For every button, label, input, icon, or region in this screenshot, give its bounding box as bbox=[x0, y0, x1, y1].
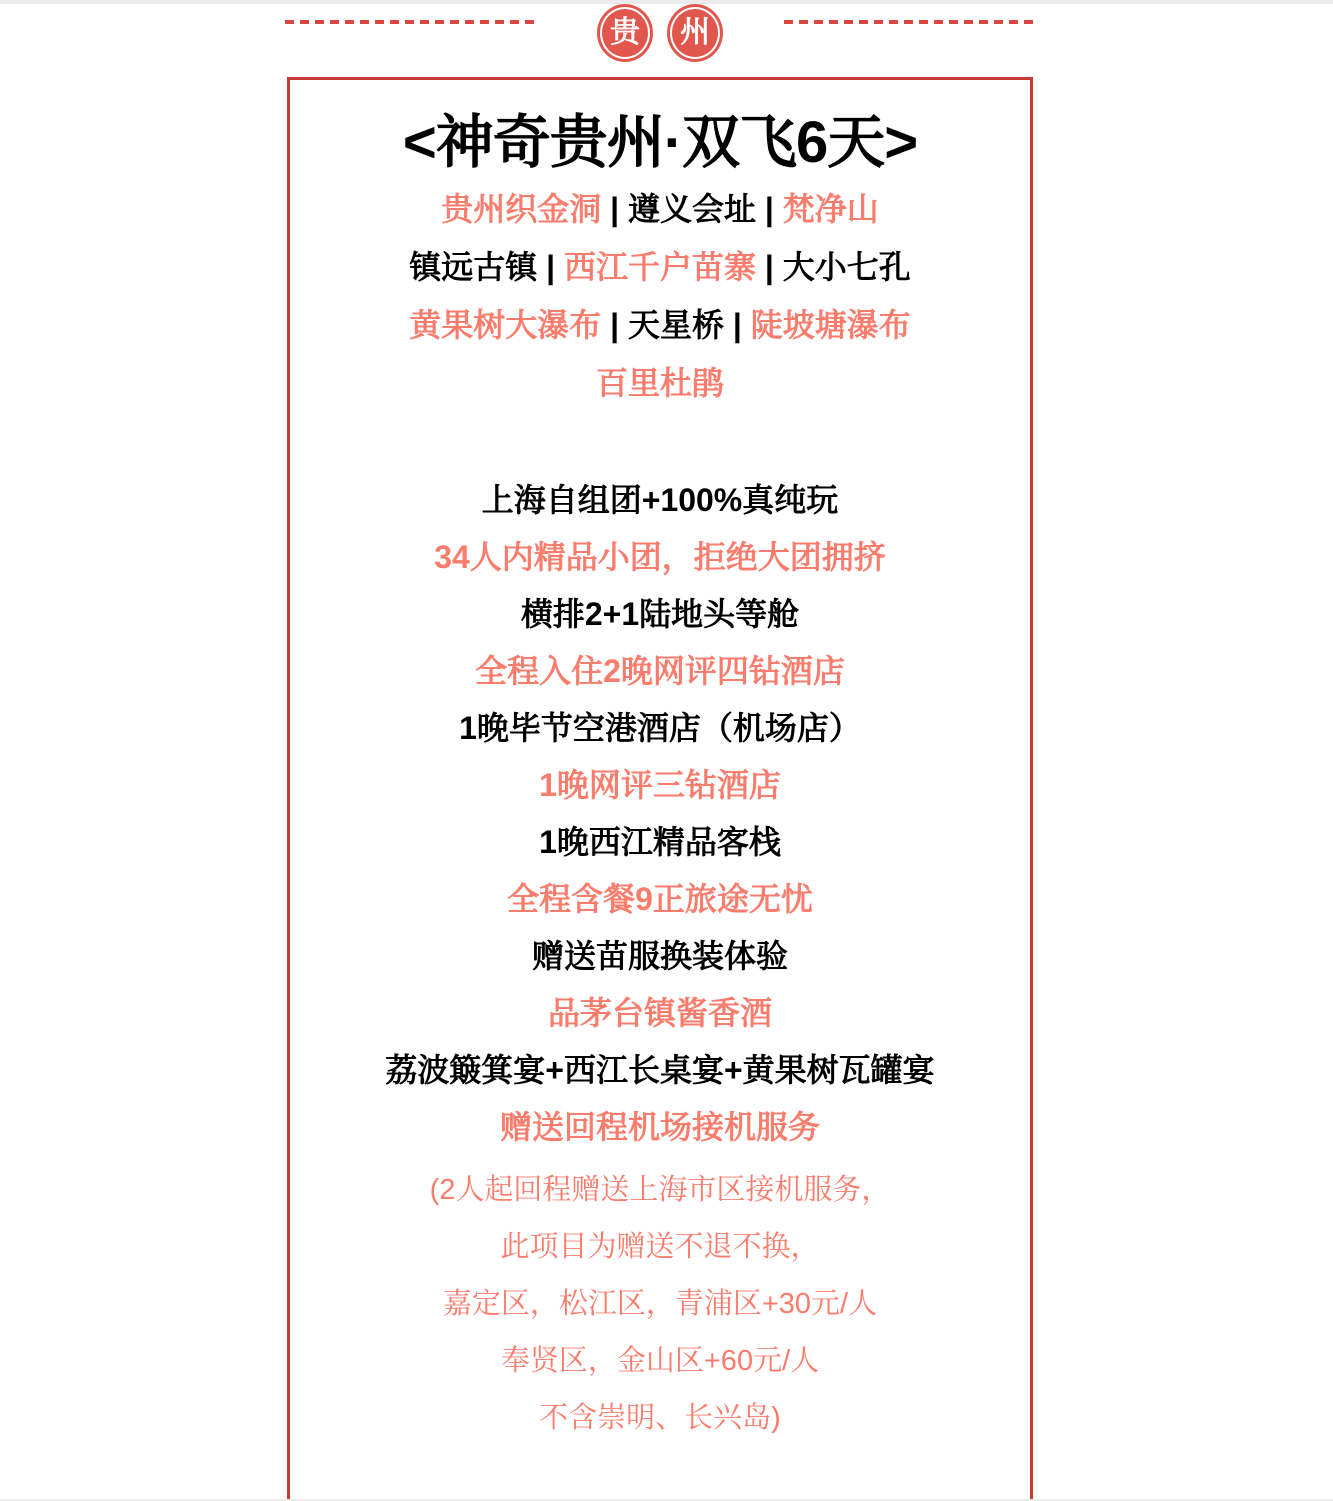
feature-line: 全程含餐9正旅途无忧 bbox=[290, 871, 1030, 928]
highlight-segment: 镇远古镇 bbox=[409, 249, 537, 285]
header: 贵州 bbox=[287, 0, 1033, 72]
highlight-segment: 西江千户苗寨 bbox=[564, 249, 756, 285]
highlight-line: 黄果树大瀑布 | 天星桥 | 陡坡塘瀑布 bbox=[290, 296, 1030, 354]
right-dash-divider bbox=[784, 20, 1037, 24]
feature-line: 1晚毕节空港酒店（机场店） bbox=[290, 700, 1030, 757]
left-dash-divider bbox=[285, 20, 538, 24]
note-line: 不含崇明、长兴岛) bbox=[290, 1390, 1030, 1447]
highlight-segment: | bbox=[601, 307, 628, 343]
note-line: 嘉定区，松江区，青浦区+30元/人 bbox=[290, 1276, 1030, 1333]
destination-highlights: 贵州织金洞 | 遵义会址 | 梵净山镇远古镇 | 西江千户苗寨 | 大小七孔黄果… bbox=[290, 180, 1030, 412]
page-title: <神奇贵州·双飞6天> bbox=[290, 108, 1030, 178]
highlight-segment: | bbox=[756, 191, 783, 227]
badge-circle: 贵 bbox=[597, 4, 653, 62]
highlight-line: 镇远古镇 | 西江千户苗寨 | 大小七孔 bbox=[290, 238, 1030, 296]
highlight-segment: 陡坡塘瀑布 bbox=[751, 307, 911, 343]
note-line: (2人起回程赠送上海市区接机服务， bbox=[290, 1162, 1030, 1219]
highlight-segment: | bbox=[537, 249, 564, 285]
note-line: 此项目为赠送不退不换， bbox=[290, 1219, 1030, 1276]
feature-list: 上海自组团+100%真纯玩34人内精品小团，拒绝大团拥挤横排2+1陆地头等舱全程… bbox=[290, 472, 1030, 1156]
highlight-segment: 黄果树大瀑布 bbox=[409, 307, 601, 343]
feature-line: 1晚西江精品客栈 bbox=[290, 814, 1030, 871]
guizhou-badges: 贵州 bbox=[597, 4, 723, 62]
feature-line: 荔波簸箕宴+西江长桌宴+黄果树瓦罐宴 bbox=[290, 1042, 1030, 1099]
feature-line: 横排2+1陆地头等舱 bbox=[290, 586, 1030, 643]
note-line: 奉贤区，金山区+60元/人 bbox=[290, 1333, 1030, 1390]
badge-circle: 州 bbox=[667, 4, 723, 62]
promo-page: 贵州 <神奇贵州·双飞6天> 贵州织金洞 | 遵义会址 | 梵净山镇远古镇 | … bbox=[0, 0, 1333, 1501]
highlight-segment: | bbox=[724, 307, 751, 343]
feature-line: 全程入住2晚网评四钻酒店 bbox=[290, 643, 1030, 700]
highlight-segment: 梵净山 bbox=[783, 191, 879, 227]
badge-char: 州 bbox=[680, 18, 710, 48]
feature-line: 上海自组团+100%真纯玩 bbox=[290, 472, 1030, 529]
highlight-segment: | bbox=[756, 249, 783, 285]
highlight-segment: 天星桥 bbox=[628, 307, 724, 343]
feature-line: 1晚网评三钻酒店 bbox=[290, 757, 1030, 814]
feature-line: 34人内精品小团，拒绝大团拥挤 bbox=[290, 529, 1030, 586]
highlight-segment: 遵义会址 bbox=[628, 191, 756, 227]
highlight-segment: 大小七孔 bbox=[783, 249, 911, 285]
highlight-line: 百里杜鹃 bbox=[290, 354, 1030, 412]
feature-line: 赠送回程机场接机服务 bbox=[290, 1099, 1030, 1156]
badge-char: 贵 bbox=[610, 18, 640, 48]
content-box: <神奇贵州·双飞6天> 贵州织金洞 | 遵义会址 | 梵净山镇远古镇 | 西江千… bbox=[287, 77, 1033, 1501]
feature-line: 品茅台镇酱香酒 bbox=[290, 985, 1030, 1042]
highlight-segment: | bbox=[601, 191, 628, 227]
transfer-notes: (2人起回程赠送上海市区接机服务，此项目为赠送不退不换，嘉定区，松江区，青浦区+… bbox=[290, 1162, 1030, 1447]
highlight-segment: 贵州织金洞 bbox=[441, 191, 601, 227]
feature-line: 赠送苗服换装体验 bbox=[290, 928, 1030, 985]
highlight-segment: 百里杜鹃 bbox=[596, 365, 724, 401]
highlight-line: 贵州织金洞 | 遵义会址 | 梵净山 bbox=[290, 180, 1030, 238]
